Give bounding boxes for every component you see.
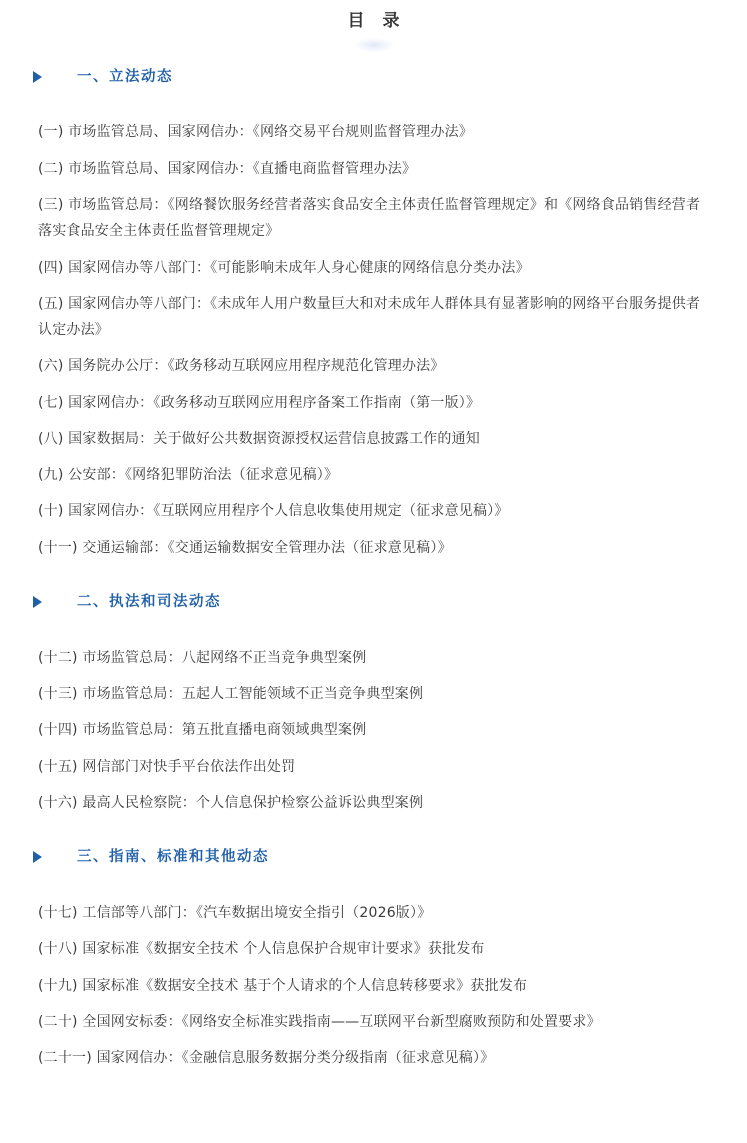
toc-item[interactable]: (五) 国家网信办等八部门：《未成年人用户数量巨大和对未成年人群体具有显著影响的… (38, 291, 708, 343)
section-header-legislation: 一、立法动态 (33, 67, 42, 87)
toc-header: 目 录 (0, 8, 747, 34)
toc-item[interactable]: (十一) 交通运输部：《交通运输数据安全管理办法（征求意见稿）》 (38, 535, 708, 561)
section-header-guidelines: 三、指南、标准和其他动态 (33, 847, 42, 867)
toc-item[interactable]: (十九) 国家标准《数据安全技术 基于个人请求的个人信息转移要求》获批发布 (38, 973, 708, 999)
triangle-right-icon (33, 596, 42, 608)
toc-item[interactable]: (十二) 市场监管总局：八起网络不正当竞争典型案例 (38, 645, 708, 671)
toc-item[interactable]: (二十) 全国网安标委：《网络安全标准实践指南——互联网平台新型腐败预防和处置要… (38, 1009, 708, 1035)
toc-item[interactable]: (八) 国家数据局：关于做好公共数据资源授权运营信息披露工作的通知 (38, 426, 708, 452)
toc-item[interactable]: (二) 市场监管总局、国家网信办：《直播电商监督管理办法》 (38, 156, 708, 182)
toc-item[interactable]: (十六) 最高人民检察院：个人信息保护检察公益诉讼典型案例 (38, 790, 708, 816)
section-header-enforcement: 二、执法和司法动态 (33, 592, 42, 612)
toc-item[interactable]: (六) 国务院办公厅：《政务移动互联网应用程序规范化管理办法》 (38, 353, 708, 379)
section-title: 一、立法动态 (77, 67, 173, 87)
toc-item[interactable]: (十八) 国家标准《数据安全技术 个人信息保护合规审计要求》获批发布 (38, 936, 708, 962)
toc-item[interactable]: (七) 国家网信办：《政务移动互联网应用程序备案工作指南（第一版）》 (38, 390, 708, 416)
section-title: 三、指南、标准和其他动态 (77, 847, 269, 867)
page-title: 目 录 (342, 8, 406, 34)
toc-item[interactable]: (十七) 工信部等八部门：《汽车数据出境安全指引（2026版）》 (38, 900, 708, 926)
triangle-right-icon (33, 851, 42, 863)
toc-item[interactable]: (四) 国家网信办等八部门：《可能影响未成年人身心健康的网络信息分类办法》 (38, 255, 708, 281)
toc-item[interactable]: (十) 国家网信办：《互联网应用程序个人信息收集使用规定（征求意见稿）》 (38, 498, 708, 524)
toc-item[interactable]: (二十一) 国家网信办：《金融信息服务数据分类分级指南（征求意见稿）》 (38, 1045, 708, 1071)
toc-item[interactable]: (三) 市场监管总局：《网络餐饮服务经营者落实食品安全主体责任监督管理规定》和《… (38, 192, 708, 244)
toc-item[interactable]: (十三) 市场监管总局：五起人工智能领域不正当竞争典型案例 (38, 681, 708, 707)
title-underline-decoration (354, 38, 394, 52)
toc-item[interactable]: (一) 市场监管总局、国家网信办：《网络交易平台规则监督管理办法》 (38, 119, 708, 145)
triangle-right-icon (33, 71, 42, 83)
toc-item[interactable]: (十四) 市场监管总局：第五批直播电商领域典型案例 (38, 717, 708, 743)
toc-item[interactable]: (十五) 网信部门对快手平台依法作出处罚 (38, 754, 708, 780)
section-title: 二、执法和司法动态 (77, 592, 221, 612)
toc-item[interactable]: (九) 公安部：《网络犯罪防治法（征求意见稿）》 (38, 462, 708, 488)
